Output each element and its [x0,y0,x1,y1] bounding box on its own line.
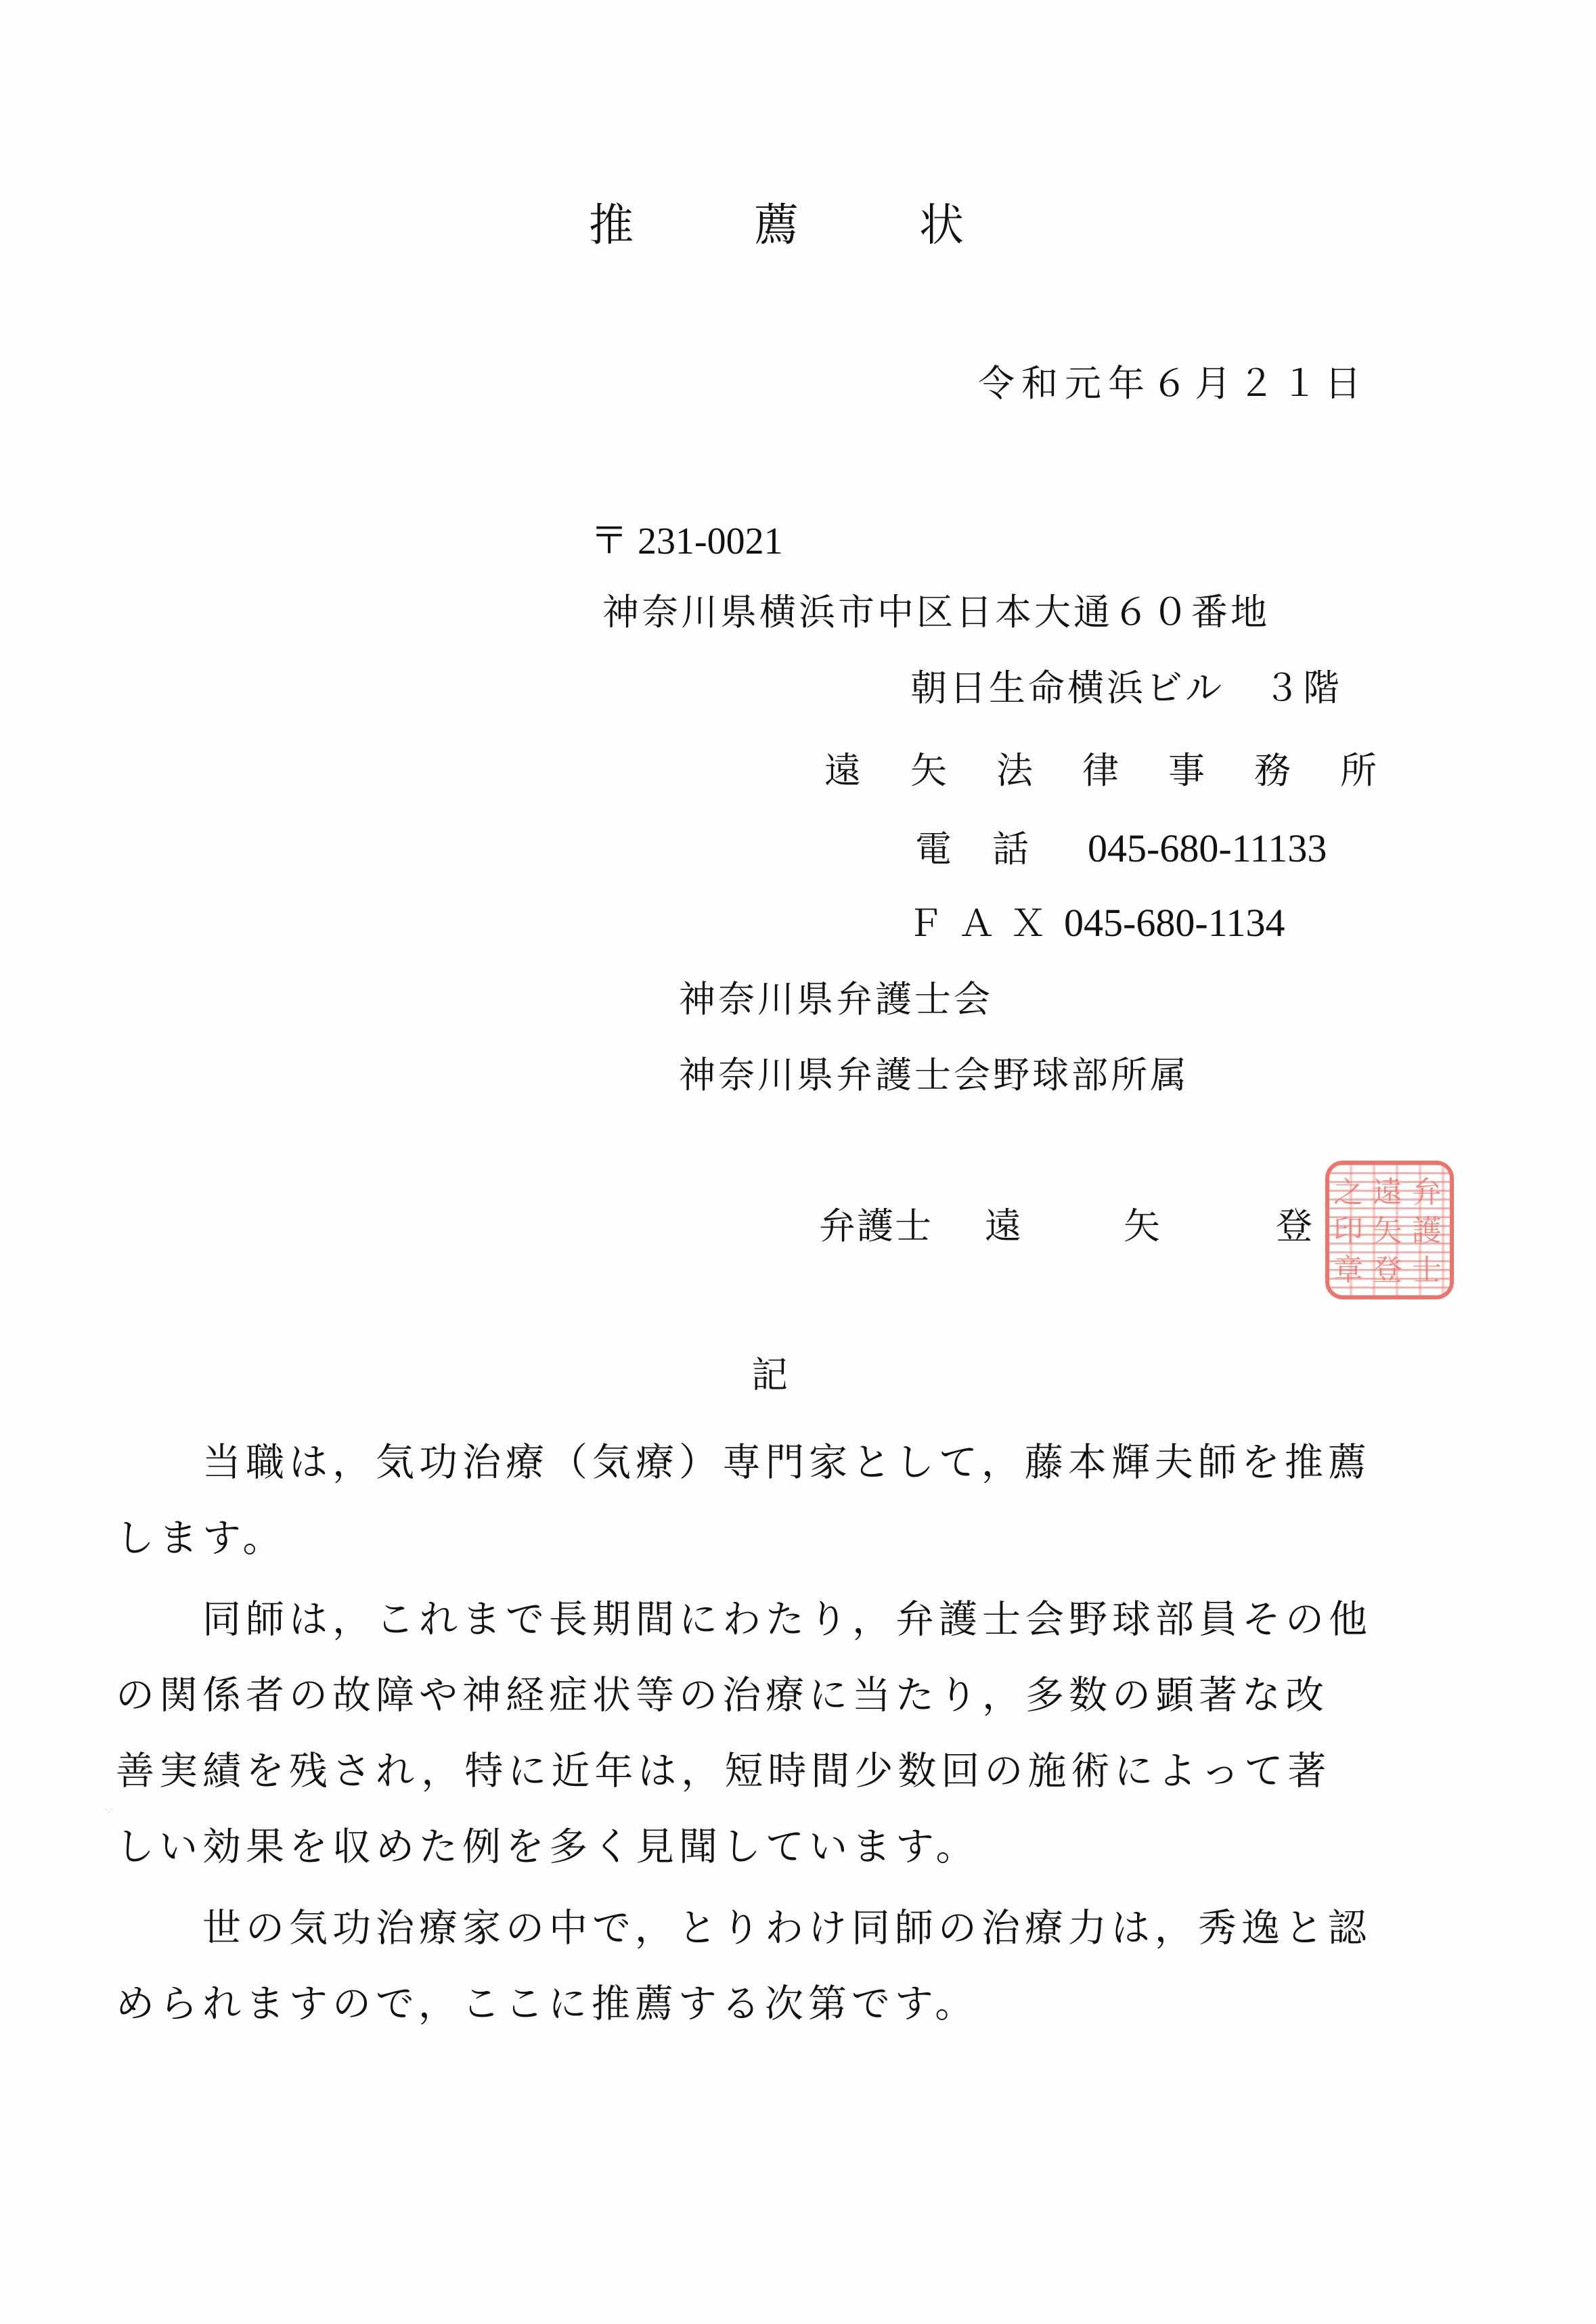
office-name-char: 法 [996,753,1082,789]
address-line-2: 朝日生命横浜ビル ３階 [910,670,1342,707]
office-name-char: 所 [1340,753,1426,789]
seal-char: 護 [1404,1211,1443,1250]
office-name-char: 遠 [824,753,910,789]
body-line: します。 [116,1500,1377,1576]
body-line: 善実績を残され，特に近年は，短時間少数回の施術によって著 [116,1733,1377,1809]
paragraph-3: 世の気功治療家の中で，とりわけ同師の治療力は，秀逸と認 められますので，ここに推… [159,1890,1377,2042]
seal-char: 矢 [1365,1211,1404,1250]
address-line-1: 神奈川県横浜市中区日本大通６０番地 [602,594,1270,631]
signer-title: 弁護士 [819,1208,985,1245]
affiliation-bar-association: 神奈川県弁護士会 [679,981,993,1018]
letter-body: 当職は，気功治療（気療）専門家として，藤本輝夫師を推薦 します。 同師は，これま… [159,1425,1377,2047]
postal-code: 〒 231-0021 [590,522,783,560]
letter-page: 推 薦 状 令和元年６月２１日 〒 231-0021 神奈川県横浜市中区日本大通… [0,0,1596,2324]
office-name-char: 務 [1254,753,1340,789]
seal-char: 之 [1325,1171,1365,1211]
office-name-char: 矢 [910,753,996,789]
title-char: 薦 [754,203,919,248]
scan-speck: ·.· [105,1806,125,1814]
seal-stamp-icon: 弁 護 士 遠 矢 登 之 印 章 [1325,1161,1454,1299]
seal-char: 弁 [1404,1171,1443,1211]
phone-label: 電話 [915,831,1088,868]
signature-line: 弁護士 遠 矢 登 [819,1208,1312,1245]
fax-row: ＦＡＸ 045-680-1134 [907,903,1285,943]
signer-name-char: 遠 [985,1208,1124,1245]
paragraph-1: 当職は，気功治療（気療）専門家として，藤本輝夫師を推薦 します。 [159,1425,1377,1576]
signer-name-char: 矢 [1124,1208,1276,1245]
body-line: の関係者の故障や神経症状等の治療に当たり，多数の顕著な改 [116,1657,1377,1733]
body-line: 当職は，気功治療（気療）専門家として，藤本輝夫師を推薦 [159,1425,1377,1500]
document-date: 令和元年６月２１日 [978,365,1368,402]
office-name-char: 事 [1168,753,1254,789]
seal-char: 登 [1365,1249,1404,1289]
seal-char: 遠 [1365,1171,1404,1211]
fax-label: ＦＡＸ [907,906,1064,942]
affiliation-baseball-club: 神奈川県弁護士会野球部所属 [679,1057,1189,1094]
body-line: 同師は，これまで長期間にわたり，弁護士会野球部員その他 [159,1582,1377,1657]
seal-char: 士 [1404,1249,1443,1289]
seal-inscription: 弁 護 士 遠 矢 登 之 印 章 [1336,1171,1443,1289]
signer-name-char: 登 [1276,1208,1312,1245]
seal-char: 章 [1325,1249,1365,1289]
paragraph-2: 同師は，これまで長期間にわたり，弁護士会野球部員その他 の関係者の故障や神経症状… [159,1582,1377,1885]
body-line: められますので，ここに推薦する次第です。 [116,1966,1377,2042]
office-name-char: 律 [1082,753,1168,789]
phone-number: 045-680-11133 [1088,829,1327,868]
phone-row: 電話 045-680-11133 [915,829,1327,868]
body-line: しい効果を収めた例を多く見聞しています。 [116,1809,1377,1885]
title-char: 推 [589,203,754,248]
document-title: 推 薦 状 [589,203,1084,248]
body-line: 世の気功治療家の中で，とりわけ同師の治療力は，秀逸と認 [159,1890,1377,1966]
office-name: 遠 矢 法 律 事 務 所 [824,753,1426,789]
fax-number: 045-680-1134 [1064,903,1285,943]
title-char: 状 [919,203,1084,248]
seal-char: 印 [1325,1211,1365,1250]
ki-heading: 記 [751,1357,788,1393]
